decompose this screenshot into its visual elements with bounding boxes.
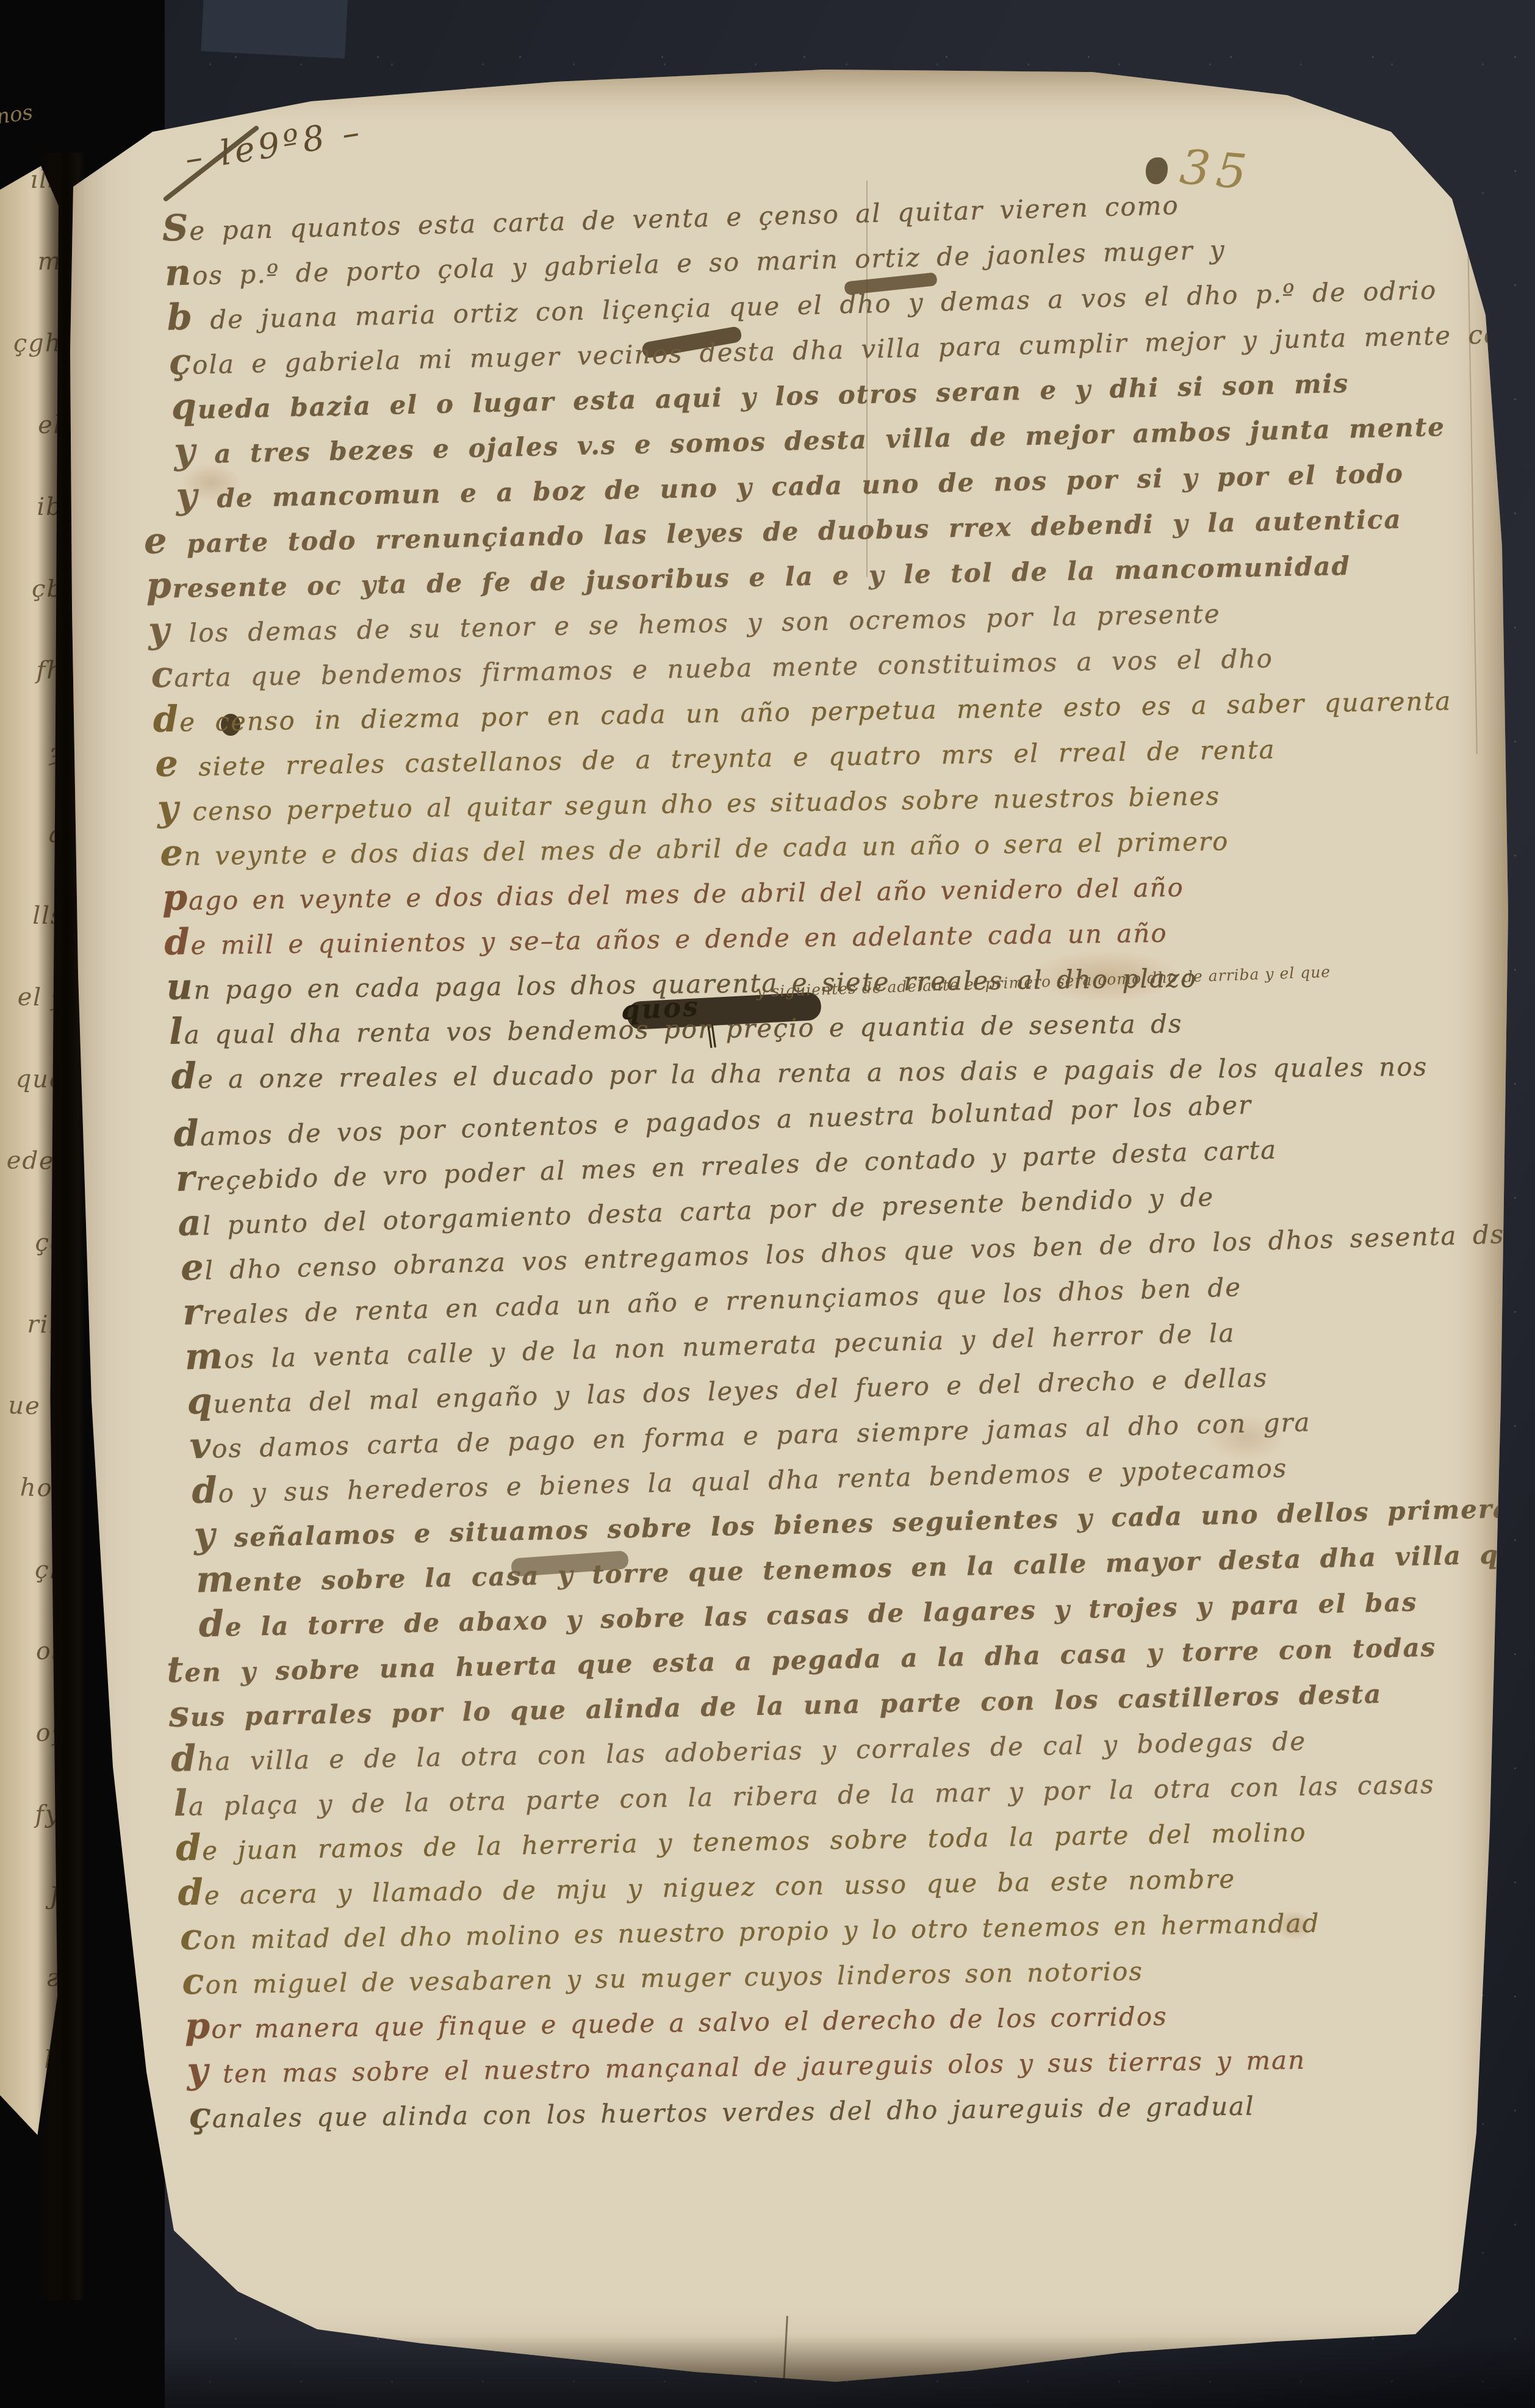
margin-note: nos <box>0 100 34 129</box>
backing-board-tab <box>201 0 348 59</box>
paper-crease <box>1467 205 1478 754</box>
manuscript-photo: ılsmçghelibçbfhȝqllsel ȝqueedesçoribue p… <box>0 0 1535 2408</box>
manuscript-page: – le9º8 – 35 quos ‖ y siguientes de adel… <box>55 59 1513 2384</box>
photo-vignette <box>165 2335 1535 2408</box>
year-inscription: – le9º8 – <box>182 112 366 179</box>
manuscript-text-block: Se pan quantos esta carta de venta e çen… <box>137 176 1487 2144</box>
